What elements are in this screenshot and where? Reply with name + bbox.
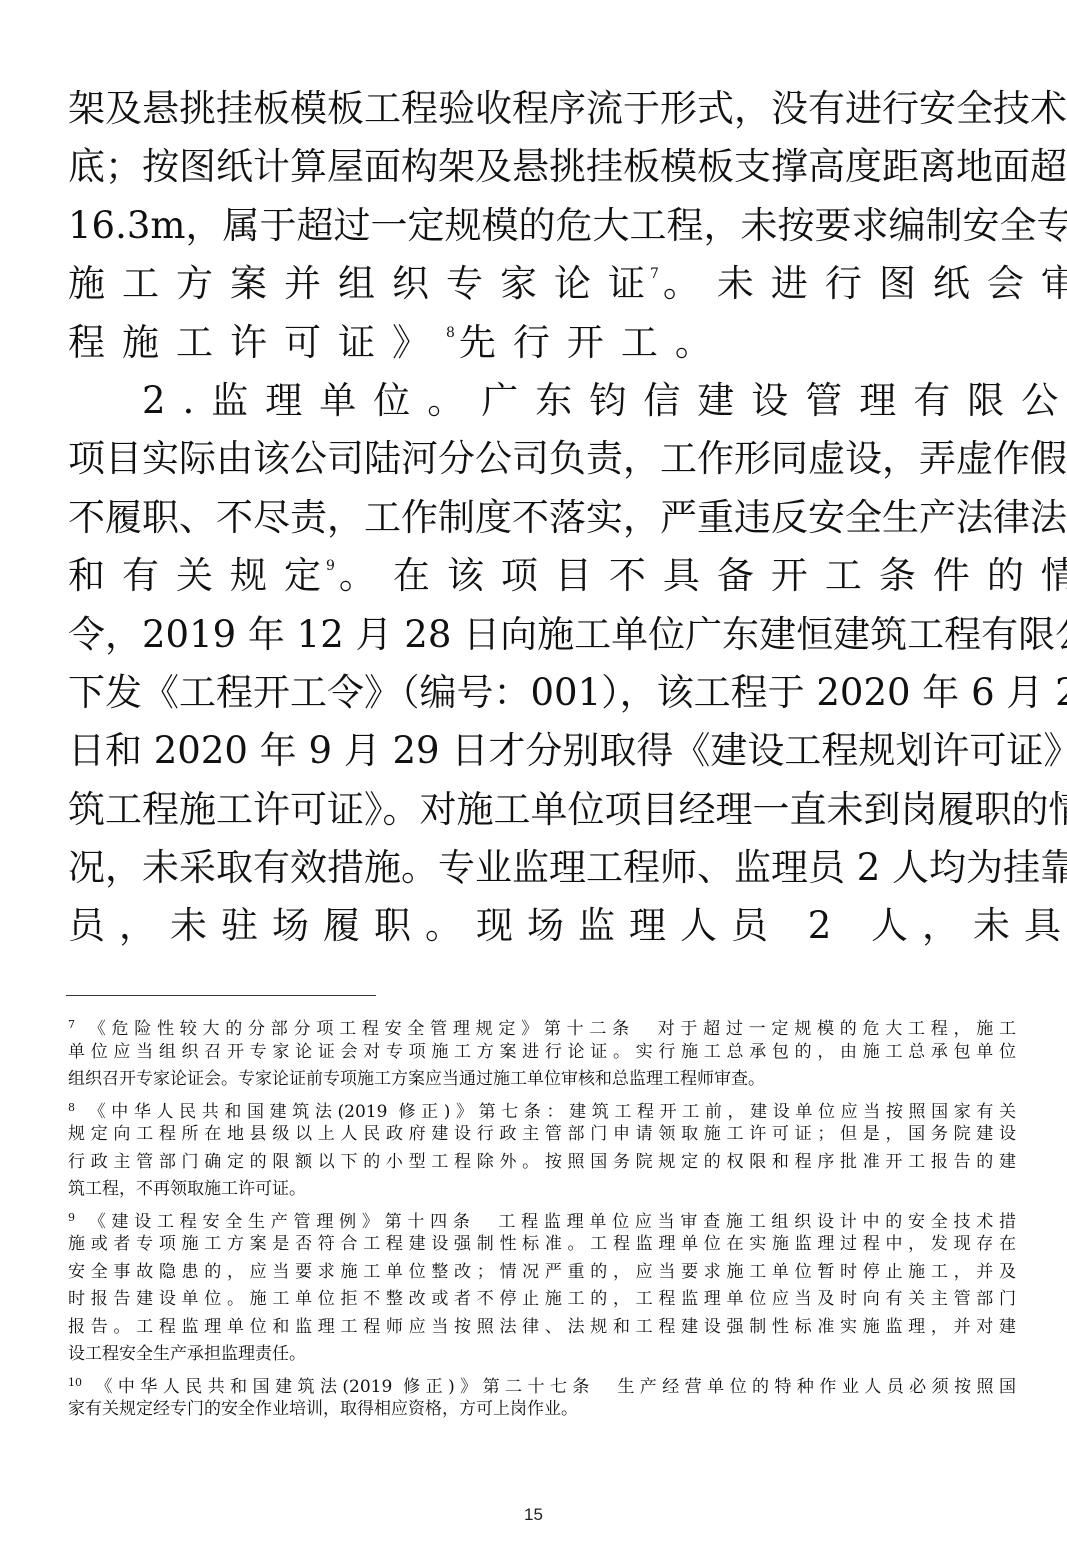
text-segment: 。未进行图纸会审，未取得《建筑工 (663, 262, 1067, 305)
footnote-9: 9《建设工程安全生产管理例》第十四条 工程监理单位应当审查施工组织设计中的安全技… (68, 1204, 1016, 1369)
footnote-text: 《建设工程安全生产管理例》第十四条 工程监理单位应当审查施工组织设计中的安全技术… (83, 1212, 1016, 1232)
text-line: 日和 2020 年 9 月 29 日才分别取得《建设工程规划许可证》《建 (68, 722, 1016, 780)
footnote-line: 9《建设工程安全生产管理例》第十四条 工程监理单位应当审查施工组织设计中的安全技… (68, 1204, 1016, 1232)
footnote-line: 家有关规定经专门的安全作业培训，取得相应资格，方可上岗作业。 (68, 1396, 1016, 1424)
text-line: 程施工许可证》8先行开工。 (68, 314, 1016, 372)
text-line: 况，未采取有效措施。专业监理工程师、监理员 2 人均为挂靠人 (68, 839, 1016, 897)
document-page: 架及悬挑挂板模板工程验收程序流于形式，没有进行安全技术交 底；按图纸计算屋面构架… (0, 0, 1067, 1552)
footnote-line: 施或者专项施工方案是否符合工程建设强制性标准。工程监理单位在实施监理过程中，发现… (68, 1231, 1016, 1259)
footnote-text: 《中华人民共和国建筑法(2019 修正)》第七条：建筑工程开工前，建设单位应当按… (83, 1102, 1016, 1122)
footnote-text: 《中华人民共和国建筑法(2019 修正)》第二十七条 生产经营单位的特种作业人员… (90, 1377, 1016, 1397)
footnote-line: 8《中华人民共和国建筑法(2019 修正)》第七条：建筑工程开工前，建设单位应当… (68, 1094, 1016, 1122)
text-line: 不履职、不尽责，工作制度不落实，严重违反安全生产法律法规 (68, 489, 1016, 547)
footnotes: 7《危险性较大的分部分项工程安全管理规定》第十二条 对于超过一定规模的危大工程，… (68, 1011, 1016, 1424)
text-line: 令，2019 年 12 月 28 日向施工单位广东建恒建筑工程有限公司 (68, 606, 1016, 664)
text-line: 下发《工程开工令》（编号：001），该工程于 2020 年 6 月 23 (68, 664, 1016, 722)
footnote-separator (66, 995, 376, 996)
footnote-ref-7[interactable]: 7 (650, 266, 659, 282)
footnote-line: 组织召开专家论证会。专家论证前专项施工方案应当通过施工单位审核和总监理工程师审查… (68, 1066, 1016, 1094)
text-line: 施工方案并组织专家论证7。未进行图纸会审，未取得《建筑工 (68, 255, 1016, 313)
footnote-8: 8《中华人民共和国建筑法(2019 修正)》第七条：建筑工程开工前，建设单位应当… (68, 1094, 1016, 1204)
body-text: 架及悬挑挂板模板工程验收程序流于形式，没有进行安全技术交 底；按图纸计算屋面构架… (68, 80, 1016, 956)
footnote-10: 10《中华人民共和国建筑法(2019 修正)》第二十七条 生产经营单位的特种作业… (68, 1369, 1016, 1424)
page-number: 15 (0, 1505, 1067, 1525)
text-line: 和有关规定9。在该项目不具备开工条件的情况下签发工程开工 (68, 547, 1016, 605)
footnote-7: 7《危险性较大的分部分项工程安全管理规定》第十二条 对于超过一定规模的危大工程，… (68, 1011, 1016, 1094)
text-segment: 施工方案并组织专家论证 (68, 262, 662, 305)
footnote-number: 9 (68, 1211, 75, 1224)
footnote-ref-9[interactable]: 9 (326, 558, 335, 574)
text-segment: 程施工许可证》 (68, 321, 446, 364)
text-segment: 和有关规定 (68, 554, 338, 597)
text-line: 底；按图纸计算屋面构架及悬挑挂板模板支撑高度距离地面超过 (68, 138, 1016, 196)
footnote-text: 《危险性较大的分部分项工程安全管理规定》第十二条 对于超过一定规模的危大工程，施… (83, 1019, 1016, 1039)
text-segment: 先行开工。 (459, 321, 729, 364)
footnote-line: 报告。工程监理单位和监理工程师应当按照法律、法规和工程建设强制性标准实施监理，并… (68, 1314, 1016, 1342)
footnote-line: 时报告建设单位。施工单位拒不整改或者不停止施工的，工程监理单位应当及时向有关主管… (68, 1286, 1016, 1314)
footnote-line: 单位应当组织召开专家论证会对专项施工方案进行论证。实行施工总承包的，由施工总承包… (68, 1039, 1016, 1067)
text-line: 员，未驻场履职。现场监理人员 2 人，未具备相关资质10，且均 (68, 897, 1016, 955)
footnote-line: 设工程安全生产承担监理责任。 (68, 1341, 1016, 1369)
footnote-line: 10《中华人民共和国建筑法(2019 修正)》第二十七条 生产经营单位的特种作业… (68, 1369, 1016, 1397)
text-segment: 。在该项目不具备开工条件的情况下签发工程开工 (339, 554, 1067, 597)
text-line: 2.监理单位。广东钧信建设管理有限公司作为监理单位，该 (68, 372, 1016, 430)
footnote-number: 10 (68, 1376, 82, 1389)
footnote-ref-8[interactable]: 8 (446, 325, 455, 341)
paragraph-2: 2.监理单位。广东钧信建设管理有限公司作为监理单位，该 项目实际由该公司陆河分公… (68, 372, 1016, 956)
text-line: 架及悬挑挂板模板工程验收程序流于形式，没有进行安全技术交 (68, 80, 1016, 138)
text-line: 筑工程施工许可证》。对施工单位项目经理一直未到岗履职的情 (68, 781, 1016, 839)
paragraph-1: 架及悬挑挂板模板工程验收程序流于形式，没有进行安全技术交 底；按图纸计算屋面构架… (68, 80, 1016, 372)
text-segment: 员，未驻场履职。现场监理人员 2 人，未具备相关资质 (68, 904, 1067, 947)
footnote-line: 7《危险性较大的分部分项工程安全管理规定》第十二条 对于超过一定规模的危大工程，… (68, 1011, 1016, 1039)
footnote-number: 8 (68, 1101, 75, 1114)
footnote-number: 7 (68, 1018, 75, 1031)
footnote-line: 安全事故隐患的，应当要求施工单位整改；情况严重的，应当要求施工单位暂时停止施工，… (68, 1259, 1016, 1287)
text-line: 项目实际由该公司陆河分公司负责，工作形同虚设，弄虚作假， (68, 430, 1016, 488)
text-line: 16.3m，属于超过一定规模的危大工程，未按要求编制安全专项 (68, 197, 1016, 255)
footnote-line: 规定向工程所在地县级以上人民政府建设行政主管部门申请领取施工许可证；但是，国务院… (68, 1121, 1016, 1149)
footnote-line: 行政主管部门确定的限额以下的小型工程除外。按照国务院规定的权限和程序批准开工报告… (68, 1149, 1016, 1177)
footnote-line: 筑工程，不再领取施工许可证。 (68, 1176, 1016, 1204)
